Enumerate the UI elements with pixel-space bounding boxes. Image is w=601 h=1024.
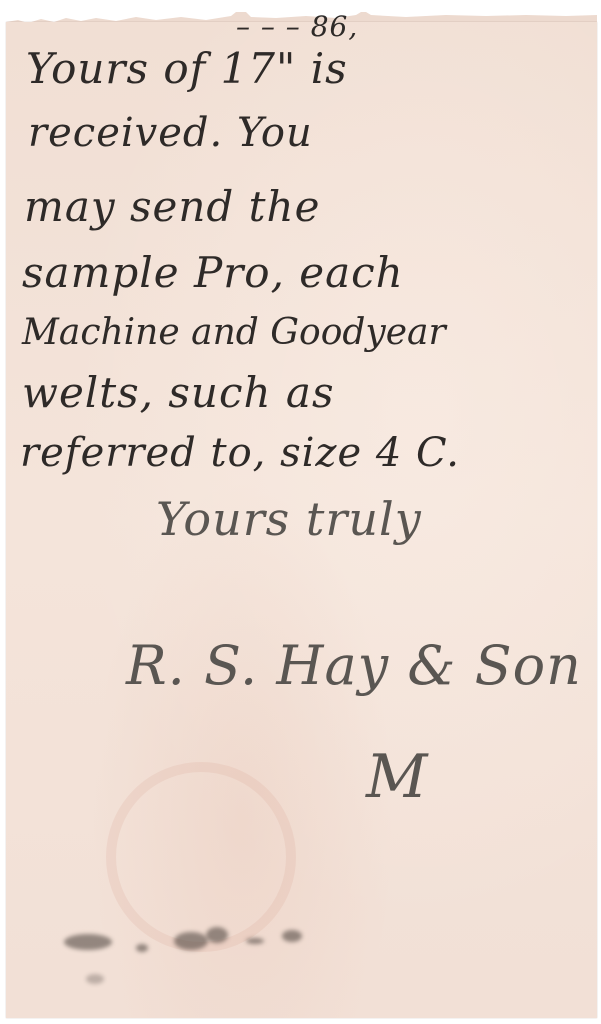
closing: Yours truly xyxy=(156,492,422,546)
body-line-6: welts, such as xyxy=(22,368,335,417)
body-line-2: received. You xyxy=(28,110,313,156)
body-line-1: Yours of 17" is xyxy=(26,44,348,93)
body-line-5: Machine and Goodyear xyxy=(22,312,446,353)
body-line-7: referred to, size 4 C. xyxy=(20,430,460,476)
signature: R. S. Hay & Son xyxy=(126,634,582,697)
date-line: – – – 86, xyxy=(236,10,358,43)
postcard: – – – 86, Yours of 17" is received. You … xyxy=(6,22,597,1018)
initials: M xyxy=(366,742,428,812)
body-line-3: may send the xyxy=(24,182,320,231)
body-line-4: sample Pro, each xyxy=(22,248,404,297)
paper-stain xyxy=(106,762,296,952)
